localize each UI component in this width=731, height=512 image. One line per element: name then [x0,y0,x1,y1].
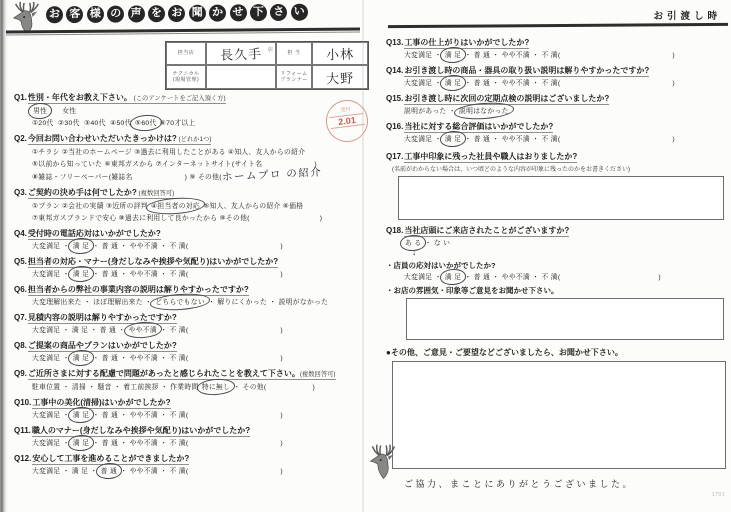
selected-option: ④担当者の対応 [150,202,201,212]
question: Q16.当社に対する総合評価はいかがでしたか?大変満足 ・ 満 足 ・ 普 通 … [378,122,726,144]
question: Q2.今回お問い合わせいただいたきっかけは? (どれか1つ)①チラシ ②当社のホ… [6,134,358,182]
question: Q3.ご契約の決め手は何でしたか? (複数回答可)①プラン ②会社の実績 ③近所… [6,188,358,223]
question-title-text: お引き渡し時に次回の定期点検の説明はございましたか? [404,94,609,105]
selected-option: どちらでもない [154,298,206,308]
question: Q6.担当者からの弊社の事業内容の説明は解りやすかったですか?大変理解出来た ・… [6,285,358,307]
staff-cell-label: 担 当 [276,42,312,65]
selected-option: 満 足 [444,51,462,61]
option-line: 大変満足 ・ 満 足 ・ 普 通 ・ やや不満 ・ 不 満() [378,79,726,89]
blank-answer-space [188,444,280,445]
selected-option: 満 足 [444,79,462,89]
question: Q11.職人のマナー(身だしなみや挨拶や気配り)はいかがでしたか?大変満足 ・ … [6,426,358,448]
question: Q14.お引き渡し時の商品・器具の取り扱い説明は解りやすかったですか?大変満足 … [378,66,726,88]
option: 大変理解出来た ・ ほぼ理解出来た ・ [32,299,154,306]
option-line: 男性女性 [6,107,358,117]
option: 説明があった ・ [404,108,458,115]
question-title: Q14.お引き渡し時の商品・器具の取り扱い説明は解りやすかったですか? [378,66,726,76]
banner-char: か [209,5,226,22]
person-name-handwritten: 小林 [326,44,355,64]
selected-option: やや不満 [128,326,158,336]
selected-option: 男性 [32,107,48,117]
blank-answer-space [560,56,672,57]
banner-char: 客 [66,6,83,23]
question-title: Q10.工事中の美化(清掃)はいかがでしたか? [6,398,358,408]
blank-answer-space [560,140,672,141]
option: 大変満足 ・ [32,355,72,362]
option: ) [280,327,283,334]
option: 大変満足 ・ [32,271,72,278]
sub-question: ・店員の応対はいかがでしたか?大変満足 ・ 満 足 ・ 普 通 ・ やや不満 ・… [386,261,726,282]
sub-question-title: ・お店の雰囲気・印象等ご意見をお聞かせ下さい。 [386,286,726,295]
blank-answer-space [188,331,280,332]
question-id: Q4. [14,229,27,238]
option: ・ 普 通 ・ やや不満 ・ 不 満( [90,243,188,250]
banner-char: せ [229,4,246,21]
question-id: Q9. [14,369,27,378]
section-header: お引渡し時 [653,8,721,22]
question-id: Q18. [386,226,403,235]
comment-box [392,361,726,469]
blank-answer-space [266,388,312,389]
option: ) [280,412,283,419]
store-suffix: 店 [268,46,273,53]
store-label: 担当店 [178,50,195,57]
option: ⑤以前から知っていた ⑥東邦ガスから ⑦インターネットサイト(サイト名 [32,161,262,168]
question-title: Q15.お引き渡し時に次回の定期点検の説明はございましたか? [378,94,726,104]
right-question-column: Q13.工事の仕上がりはいかがでしたか?大変満足 ・ 満 足 ・ 普 通 ・ や… [378,38,726,475]
selected-option: 満 足 [72,439,90,449]
question-title-text: ●その他、ご意見・ご要望などございましたら、お聞かせ下さい。 [386,348,623,358]
option-line: 大変満足 ・ 満 足 ・ 普 通 ・ やや不満 ・ 不 満() [6,326,358,336]
option: ) [672,52,675,59]
option: ⑤知人、友人からの紹介 ⑥価格 [201,203,303,210]
blank-answer-space [133,178,185,179]
question-title: Q9.ご近所さまに対する配慮で問題があったと感じられたことを教えて下さい。(複数… [6,369,358,380]
question-title: Q18.当社店頭にご来店されたことがございますか? [378,226,726,236]
option: ⑥70才以上 [158,120,196,127]
option-line: 駐車位置 ・ 清掃 ・ 騒音 ・ 着工前挨拶 ・ 作業時間 特に無し ・ その他… [6,383,358,393]
question-title-text: ご近所さまに対する配慮で問題があったと感じられたことを教えて下さい。(複数回答可… [28,369,336,380]
question-title: Q12.安心して工事を進めることができましたか? [6,454,358,464]
option: ) [280,440,283,447]
option: ) [280,355,283,362]
option: ①プラン ②会社の実績 ③近所の評判 [32,203,150,210]
comment-box [398,176,724,220]
question-title: ●その他、ご意見・ご要望などございましたら、お聞かせ下さい。 [378,348,726,358]
question-title-text: 担当者からの弊社の事業内容の説明は解りやすかったですか? [28,285,249,296]
section-header-rule [388,23,728,28]
question-id: Q17. [386,152,403,161]
question-id: Q14. [386,66,403,75]
option: ⑦東邦ガスブランドで安心 ⑧過去に利用して良かったから ⑨その他( [32,215,250,222]
selected-option: 説明はなかった [458,107,510,117]
question-id: Q2. [14,134,27,143]
option-line: 大変満足 ・ 満 足 ・ 普 通 ・ やや不満 ・ 不 満() [6,354,358,364]
option: ) [672,80,675,87]
option: ) [320,215,323,222]
question: Q1.性別・年代をお教え下さい。 (このアンケートをご記入頂く方)男性女性①20… [6,93,358,128]
option: ) ⑨ その他( [185,174,222,181]
question-note: (このアンケートをご記入頂く方) [132,95,226,102]
question-id: Q15. [386,94,403,103]
selected-option: 満 足 [72,354,90,364]
question-title-text: お引き渡し時の商品・器具の取り扱い説明は解りやすかったですか? [404,66,649,77]
banner-char: 様 [87,6,104,23]
option: ) [658,274,661,281]
option: ・ 普 通 ・ やや不満 ・ 不 満( [462,136,560,143]
handwritten-answer: ホームプロ の紹介 [222,168,323,183]
down-arrow-icon: ↓ [412,249,726,257]
selected-option: あ る [404,239,422,249]
option: ・ 普 通 ・ やや不満 ・ 不 満( [90,412,188,419]
option-line: 説明があった ・ 説明はなかった [378,107,726,117]
question-id: Q1. [14,93,27,102]
option: 大変満足 ・ [404,52,444,59]
selected-option: 満 足 [444,273,462,283]
option: ・ その他( [231,384,266,391]
question-title: Q2.今回お問い合わせいただいたきっかけは? (どれか1つ) [6,134,358,145]
question-note: (どれか1つ) [177,136,212,143]
right-page: お引渡し時 Q13.工事の仕上がりはいかがでしたか?大変満足 ・ 満 足 ・ 普… [364,0,731,512]
banner-char: を [148,5,165,22]
option: ) [280,243,283,250]
question-title-text: 性別・年代をお教え下さい。 (このアンケートをご記入頂く方) [28,93,226,104]
staff-table: 担当店 長久手店 担 当 小林 テクニカル (現場管理) リフォーム プランナー… [165,41,369,90]
option: ・ 普 通 ・ やや不満 ・ 不 満( [462,52,560,59]
blank-answer-space [560,84,672,85]
banner-char: の [107,6,124,23]
staff-cell-value: 大野 [312,65,368,89]
option-line: ⑧雑誌・フリーペーパー(雑誌名) ⑨ その他(ホームプロ の紹介 [6,172,358,183]
question-id: Q16. [386,122,403,131]
blank-answer-space [188,472,280,473]
staff-cell-value: 小林 [312,42,368,65]
question-title: Q4.受付時の電話応対はいかがでしたか? [6,229,358,239]
question-title-text: 職人のマナー(身だしなみや挨拶や気配り)はいかがでしたか? [32,426,250,437]
option: 大変満足 ・ [404,80,444,87]
option: ・ 普 通 ・ やや不満 ・ 不 満( [90,355,188,362]
option: ) [312,384,315,391]
blank-answer-space [188,416,280,417]
selected-option: 満 足 [72,242,90,252]
selected-option: 満 足 [72,270,90,280]
option-line: 大変満足 ・ 満 足 ・ 普 通 ・ やや不満 ・ 不 満() [378,51,726,61]
option: ⑧雑誌・フリーペーパー(雑誌名 [32,174,133,181]
option-line: 大変理解出来た ・ ほぼ理解出来た ・ どちらでもない ・ 解りにくかった ・ … [6,298,358,308]
question-title-text: 当社に対する総合評価はいかがでしたか? [404,122,553,133]
option-line: ⑦東邦ガスブランドで安心 ⑧過去に利用して良かったから ⑨その他() [6,214,358,224]
staff-cell-label: 担当店 [166,42,206,65]
question: Q8.ご提案の商品やプランはいかがでしたか?大変満足 ・ 満 足 ・ 普 通 ・… [6,341,358,363]
question: Q9.ご近所さまに対する配慮で問題があったと感じられたことを教えて下さい。(複数… [6,369,358,392]
blank-answer-space [188,359,280,360]
banner-char: 聞 [189,5,206,22]
question-title: Q5.担当者の対応・マナー(身だしなみや挨拶や気配り)はいかがでしたか? [6,257,358,267]
scanned-survey-sheet: お客様の声をお聞かせ下さい 担当店 長久手店 担 当 小林 テクニカル (現場管… [0,0,731,512]
question: Q12.安心して工事を進めることができましたか?大変満足 ・ 満 足 ・ 普 通… [6,454,358,476]
question: Q15.お引き渡し時に次回の定期点検の説明はございましたか?説明があった ・ 説… [378,94,726,116]
staff-cell-value: 長久手店 [206,42,276,65]
staff-cell-value [206,65,276,89]
question-id: Q12. [14,454,31,463]
page-title-banner: お客様の声をお聞かせ下さい [46,4,311,24]
question-title: Q13.工事の仕上がりはいかがでしたか? [378,38,726,48]
center-fold-line [362,0,364,512]
question-id: Q10. [14,398,31,407]
question-id: Q5. [14,257,27,266]
banner-char: お [168,5,185,22]
sub-question-title: ・店員の応対はいかがでしたか? [386,261,726,270]
option: 大変満足 ・ [32,412,72,419]
blank-answer-space [188,247,280,248]
technical-label: テクニカル (現場管理) [172,71,199,84]
question-title-text: ご提案の商品やプランはいかがでしたか? [28,341,177,352]
option: ) [280,468,283,475]
page-number: 1701 [712,492,725,498]
comment-box [406,298,724,340]
question: Q18.当社店頭にご来店されたことがございますか?あ る ・ な い↓・店員の応… [378,226,726,340]
question-note: (複数回答可) [300,371,336,378]
question: Q13.工事の仕上がりはいかがでしたか?大変満足 ・ 満 足 ・ 普 通 ・ や… [378,38,726,60]
option: ・ 普 通 ・ やや不満 ・ 不 満( [90,440,188,447]
option: ・ 解りにくかった ・ 説明がなかった [206,299,328,306]
option-line: ①20代 ②30代 ③40代 ④50代 ⑤60代 ⑥70才以上 [6,119,358,129]
option: ・ な い [422,240,450,247]
question-id: Q11. [14,426,31,435]
option-line: 大変満足 ・ 満 足 ・ 普 通 ・ やや不満 ・ 不 満() [386,273,726,283]
option: 女性 [62,108,76,115]
question-title-text: 今回お問い合わせいただいたきっかけは? (どれか1つ) [28,134,212,145]
staff-cell-label: リフォーム プランナー [276,65,312,89]
question-id: Q6. [14,285,27,294]
option: 大変満足 ・ [32,440,72,447]
question-note-line: (名前がわからない場合は、いつ頃どのような内容が印象に残ったのかをお書きください… [378,164,726,173]
option: 大変満足 ・ [404,274,444,281]
store-name-handwritten: 長久手 [220,43,263,63]
option-line: 大変満足 ・ 満 足 ・ 普 通 ・ やや不満 ・ 不 満() [6,467,358,477]
question: ●その他、ご意見・ご要望などございましたら、お聞かせ下さい。 [378,348,726,469]
option-line: 大変満足 ・ 満 足 ・ 普 通 ・ やや不満 ・ 不 満() [6,411,358,421]
option: 大変満足 ・ [32,243,72,250]
option: ①チラシ ②当社のホームページ ③過去に利用したことがある ④知人、友人からの紹… [32,149,305,156]
person-label: 担 当 [288,50,301,57]
option: ) [672,136,675,143]
option-line: 大変満足 ・ 満 足 ・ 普 通 ・ やや不満 ・ 不 満() [6,439,358,449]
question-title-text: ご契約の決め手は何でしたか? (複数回答可) [28,188,174,199]
question: Q17.工事中印象に残った社員や職人はおりましたか?(名前がわからない場合は、い… [378,152,726,220]
thanks-message: ご協力、まことにありがとうございました。 [404,477,634,490]
question-title: Q7.見積内容の説明は解りやすかったですか? [6,313,358,323]
option-line: 大変満足 ・ 満 足 ・ 普 通 ・ やや不満 ・ 不 満() [6,270,358,280]
blank-answer-space [188,275,280,276]
question: Q10.工事中の美化(清掃)はいかがでしたか?大変満足 ・ 満 足 ・ 普 通 … [6,398,358,420]
question-title: Q8.ご提案の商品やプランはいかがでしたか? [6,341,358,351]
question-title-text: 当社店頭にご来店されたことがございますか? [404,226,569,237]
blank-answer-space [262,165,314,166]
option: ・ 不 満( [158,327,188,334]
option: 大変満足 ・ 満 足 ・ [32,468,100,475]
deer-logo-icon [366,441,399,483]
left-question-column: Q1.性別・年代をお教え下さい。 (このアンケートをご記入頂く方)男性女性①20… [6,93,358,482]
question-id: Q13. [386,38,403,47]
question: Q7.見積内容の説明は解りやすかったですか?大変満足 ・ 満 足 ・ 普 通 ・… [6,313,358,335]
selected-option: 満 足 [444,135,462,145]
planner-name-handwritten: 大野 [326,67,355,87]
selected-option: 特に無し [201,383,231,393]
question-id: Q8. [14,341,27,350]
question-title-text: 担当者の対応・マナー(身だしなみや挨拶や気配り)はいかがでしたか? [28,257,278,268]
staff-cell-label: テクニカル (現場管理) [166,65,206,89]
selected-option: 満 足 [72,411,90,421]
blank-answer-space [250,219,320,220]
question-title: Q16.当社に対する総合評価はいかがでしたか? [378,122,726,132]
option: ・ 普 通 ・ やや不満 ・ 不 満( [90,271,188,278]
option-line: ①チラシ ②当社のホームページ ③過去に利用したことがある ④知人、友人からの紹… [6,148,358,158]
option: 大変満足 ・ 満 足 ・ 普 通 ・ [32,327,128,334]
question: Q5.担当者の対応・マナー(身だしなみや挨拶や気配り)はいかがでしたか?大変満足… [6,257,358,279]
option: ・ やや不満 ・ 不 満( [118,468,188,475]
question-id: Q7. [14,313,27,322]
sub-question: ・お店の雰囲気・印象等ご意見をお聞かせ下さい。 [386,286,726,340]
question-title: Q11.職人のマナー(身だしなみや挨拶や気配り)はいかがでしたか? [6,426,358,436]
selected-option: ⑤60代 [134,119,158,129]
question: Q4.受付時の電話応対はいかがでしたか?大変満足 ・ 満 足 ・ 普 通 ・ や… [6,229,358,251]
banner-char: お [46,6,63,23]
blank-answer-space [560,278,658,279]
question-title-text: 工事の仕上がりはいかがでしたか? [404,38,529,49]
selected-option: 普 通 [100,467,118,477]
question-title-text: 受付時の電話応対はいかがでしたか? [28,229,161,240]
question-title: Q17.工事中印象に残った社員や職人はおりましたか? [378,152,726,162]
option-line: あ る ・ な い [378,239,726,249]
question-id: Q3. [14,188,27,197]
question-title-text: 工事中印象に残った社員や職人はおりましたか? [404,152,577,163]
option-line: 大変満足 ・ 満 足 ・ 普 通 ・ やや不満 ・ 不 満() [6,242,358,252]
question-title-text: 工事中の美化(清掃)はいかがでしたか? [32,398,170,409]
banner-char: い [291,4,308,21]
banner-char: 声 [127,5,144,22]
option: ・ 普 通 ・ やや不満 ・ 不 満( [462,274,560,281]
option: ・ 普 通 ・ やや不満 ・ 不 満( [462,80,560,87]
left-page: お客様の声をお聞かせ下さい 担当店 長久手店 担 当 小林 テクニカル (現場管… [0,0,362,512]
question-note: (複数回答可) [137,190,174,197]
question-title: Q1.性別・年代をお教え下さい。 (このアンケートをご記入頂く方) [6,93,358,104]
option: ) [280,271,283,278]
planner-label: リフォーム プランナー [280,71,308,84]
banner-char: 下 [250,4,267,21]
banner-char: さ [270,4,287,21]
option-line: ①プラン ②会社の実績 ③近所の評判 ④担当者の対応 ⑤知人、友人からの紹介 ⑥… [6,202,358,212]
option: 駐車位置 ・ 清掃 ・ 騒音 ・ 着工前挨拶 ・ 作業時間 [32,384,201,391]
option: ①20代 ②30代 ③40代 ④50代 [32,120,134,127]
option: 大変満足 ・ [404,136,444,143]
option-line: 大変満足 ・ 満 足 ・ 普 通 ・ やや不満 ・ 不 満() [378,135,726,145]
